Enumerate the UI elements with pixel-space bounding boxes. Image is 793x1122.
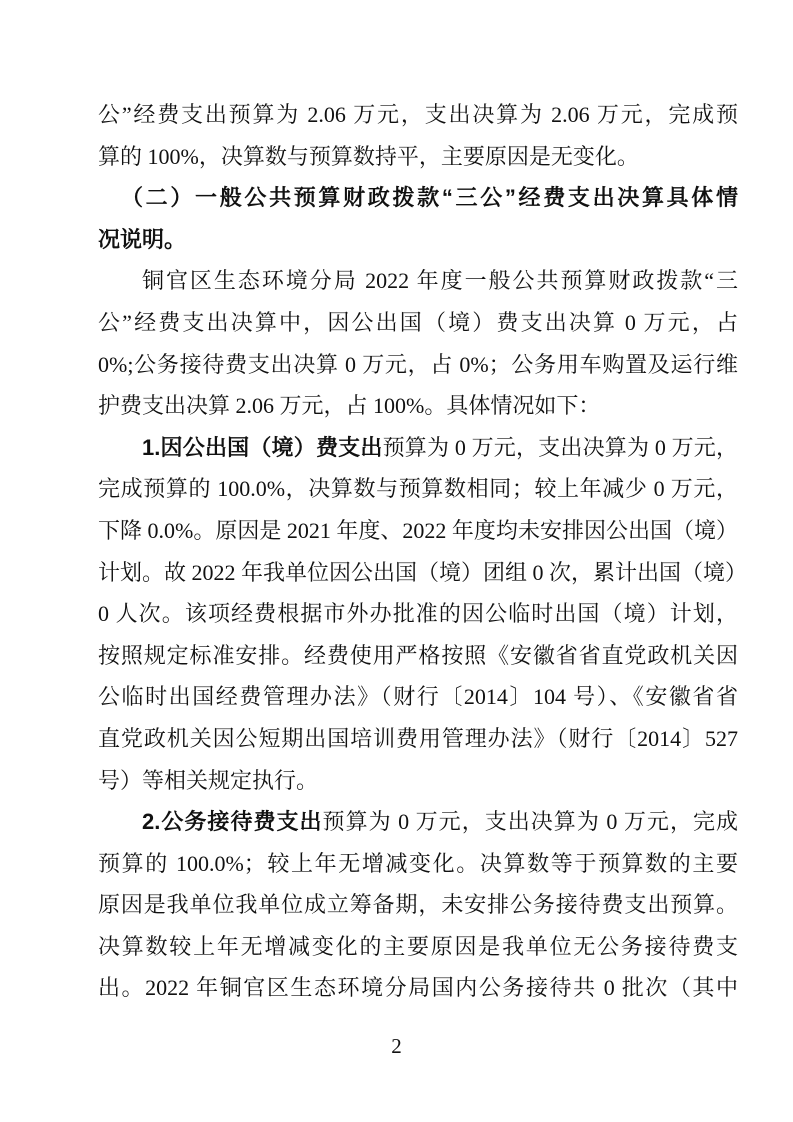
line-text: 0%;公务接待费支出决算 0 万元，占 0%；公务用车购置及运行维	[98, 352, 738, 377]
text-line: 0 人次。该项经费根据市外办批准的因公临时出国（境）计划，	[98, 593, 738, 635]
line-text: 决算数较上年无增减变化的主要原因是我单位无公务接待费支	[98, 934, 738, 959]
text-line: 算的 100%，决算数与预算数持平，主要原因是无变化。	[98, 136, 738, 178]
line-text: 完成预算的 100.0%，决算数与预算数相同；较上年减少 0 万元，	[98, 476, 738, 501]
section-heading-line: 况说明。	[98, 219, 738, 261]
line-text: 0 人次。该项经费根据市外办批准的因公临时出国（境）计划，	[98, 601, 738, 626]
text-line: 0%;公务接待费支出决算 0 万元，占 0%；公务用车购置及运行维	[98, 344, 738, 386]
text-line: 护费支出决算 2.06 万元，占 100%。具体情况如下：	[98, 385, 738, 427]
line-text: 公临时出国经费管理办法》（财行〔2014〕104 号）、《安徽省省	[98, 684, 738, 709]
document-page: 公”经费支出预算为 2.06 万元，支出决算为 2.06 万元，完成预 算的 1…	[0, 0, 793, 1122]
text-line: 铜官区生态环境分局 2022 年度一般公共预算财政拨款“三	[98, 260, 738, 302]
text-line: 公”经费支出预算为 2.06 万元，支出决算为 2.06 万元，完成预	[98, 94, 738, 136]
line-text: 下降 0.0%。原因是 2021 年度、2022 年度均未安排因公出国（境）	[98, 518, 738, 543]
line-text: 计划。故 2022 年我单位因公出国（境）团组 0 次，累计出国（境）	[98, 560, 738, 585]
text-line: 原因是我单位我单位成立筹备期，未安排公务接待费支出预算。	[98, 884, 738, 926]
line-text: 护费支出决算 2.06 万元，占 100%。具体情况如下：	[98, 393, 600, 418]
text-line: 出。2022 年铜官区生态环境分局国内公务接待共 0 批次（其中	[98, 967, 738, 1009]
line-text: 预算的 100.0%；较上年无增减变化。决算数等于预算数的主要	[98, 851, 738, 876]
text-line: 公临时出国经费管理办法》（财行〔2014〕104 号）、《安徽省省	[98, 676, 738, 718]
line-text: 况说明。	[98, 227, 186, 252]
line-text: 原因是我单位我单位成立筹备期，未安排公务接待费支出预算。	[98, 892, 738, 917]
line-text: 铜官区生态环境分局 2022 年度一般公共预算财政拨款“三	[142, 268, 738, 293]
text-line: 号）等相关规定执行。	[98, 760, 738, 802]
line-text: 按照规定标准安排。经费使用严格按照《安徽省省直党政机关因	[98, 643, 738, 668]
text-line: 计划。故 2022 年我单位因公出国（境）团组 0 次，累计出国（境）	[98, 552, 738, 594]
text-line: 决算数较上年无增减变化的主要原因是我单位无公务接待费支	[98, 926, 738, 968]
line-text: 预算为 0 万元，支出决算为 0 万元，完成	[323, 809, 738, 834]
item-2-first-line: 2.公务接待费支出预算为 0 万元，支出决算为 0 万元，完成	[98, 801, 738, 843]
line-text: 算的 100%，决算数与预算数持平，主要原因是无变化。	[98, 144, 639, 169]
text-line: 按照规定标准安排。经费使用严格按照《安徽省省直党政机关因	[98, 635, 738, 677]
line-text: （二）一般公共预算财政拨款“三公”经费支出决算具体情	[121, 185, 738, 210]
line-text: 直党政机关因公短期出国培训费用管理办法》（财行〔2014〕527	[98, 726, 738, 751]
line-text: 出。2022 年铜官区生态环境分局国内公务接待共 0 批次（其中	[98, 975, 738, 1000]
text-line: 公”经费支出决算中，因公出国（境）费支出决算 0 万元，占	[98, 302, 738, 344]
line-text: 预算为 0 万元，支出决算为 0 万元，	[383, 435, 738, 460]
line-text: 公”经费支出预算为 2.06 万元，支出决算为 2.06 万元，完成预	[98, 102, 738, 127]
page-number: 2	[0, 1032, 793, 1060]
document-body: 公”经费支出预算为 2.06 万元，支出决算为 2.06 万元，完成预 算的 1…	[98, 94, 738, 1009]
line-text: 号）等相关规定执行。	[98, 768, 318, 793]
text-line: 预算的 100.0%；较上年无增减变化。决算数等于预算数的主要	[98, 843, 738, 885]
line-text: 公”经费支出决算中，因公出国（境）费支出决算 0 万元，占	[98, 310, 738, 335]
text-line: 下降 0.0%。原因是 2021 年度、2022 年度均未安排因公出国（境）	[98, 510, 738, 552]
text-line: 完成预算的 100.0%，决算数与预算数相同；较上年减少 0 万元，	[98, 468, 738, 510]
item-1-first-line: 1.因公出国（境）费支出预算为 0 万元，支出决算为 0 万元，	[98, 427, 738, 469]
item-2-heading: 2.公务接待费支出	[142, 809, 323, 834]
section-heading-line: （二）一般公共预算财政拨款“三公”经费支出决算具体情	[98, 177, 738, 219]
text-line: 直党政机关因公短期出国培训费用管理办法》（财行〔2014〕527	[98, 718, 738, 760]
item-1-heading: 1.因公出国（境）费支出	[142, 435, 383, 460]
